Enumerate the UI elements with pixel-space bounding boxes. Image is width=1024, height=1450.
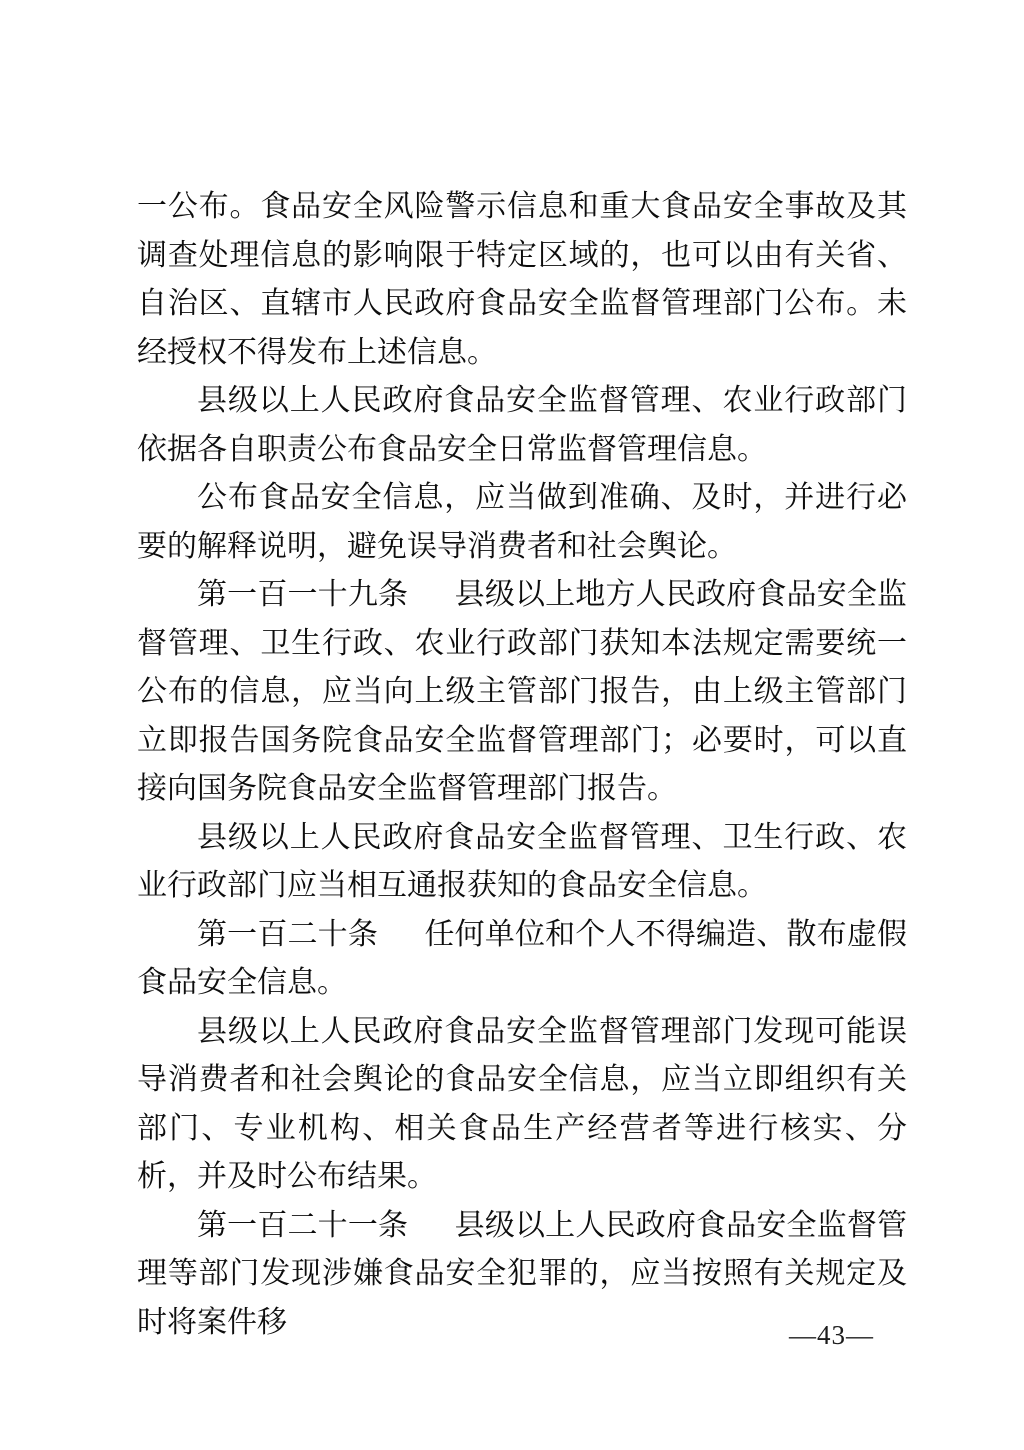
- document-page: 一公布。食品安全风险警示信息和重大食品安全事故及其调查处理信息的影响限于特定区域…: [0, 0, 1024, 1450]
- paragraph: 公布食品安全信息，应当做到准确、及时，并进行必要的解释说明，避免误导消费者和社会…: [137, 474, 907, 571]
- paragraph: 县级以上人民政府食品安全监督管理、卫生行政、农业行政部门应当相互通报获知的食品安…: [137, 814, 907, 911]
- paragraph: 一公布。食品安全风险警示信息和重大食品安全事故及其调查处理信息的影响限于特定区域…: [137, 183, 907, 377]
- paragraph-text: 县级以上人民政府食品安全监督管理、卫生行政、农业行政部门应当相互通报获知的食品安…: [137, 821, 907, 903]
- paragraph: 县级以上人民政府食品安全监督管理部门发现可能误导消费者和社会舆论的食品安全信息，…: [137, 1008, 907, 1202]
- article-number: 第一百一十九条: [197, 578, 408, 611]
- paragraph-text: 一公布。食品安全风险警示信息和重大食品安全事故及其调查处理信息的影响限于特定区域…: [137, 190, 907, 369]
- page-number: —43—: [789, 1320, 874, 1350]
- article-number: 第一百二十一条: [197, 1209, 408, 1242]
- paragraph-text: 公布食品安全信息，应当做到准确、及时，并进行必要的解释说明，避免误导消费者和社会…: [137, 481, 907, 563]
- paragraph-article-119: 第一百一十九条县级以上地方人民政府食品安全监督管理、卫生行政、农业行政部门获知本…: [137, 571, 907, 814]
- paragraph-text: 县级以上人民政府食品安全监督管理、农业行政部门依据各自职责公布食品安全日常监督管…: [137, 384, 907, 466]
- paragraph: 县级以上人民政府食品安全监督管理、农业行政部门依据各自职责公布食品安全日常监督管…: [137, 377, 907, 474]
- paragraph-text: 县级以上人民政府食品安全监督管理部门发现可能误导消费者和社会舆论的食品安全信息，…: [137, 1015, 907, 1194]
- document-body: 一公布。食品安全风险警示信息和重大食品安全事故及其调查处理信息的影响限于特定区域…: [137, 183, 907, 1347]
- paragraph-article-120: 第一百二十条任何单位和个人不得编造、散布虚假食品安全信息。: [137, 911, 907, 1008]
- article-number: 第一百二十条: [197, 918, 378, 951]
- paragraph-text: 县级以上地方人民政府食品安全监督管理、卫生行政、农业行政部门获知本法规定需要统一…: [137, 578, 907, 805]
